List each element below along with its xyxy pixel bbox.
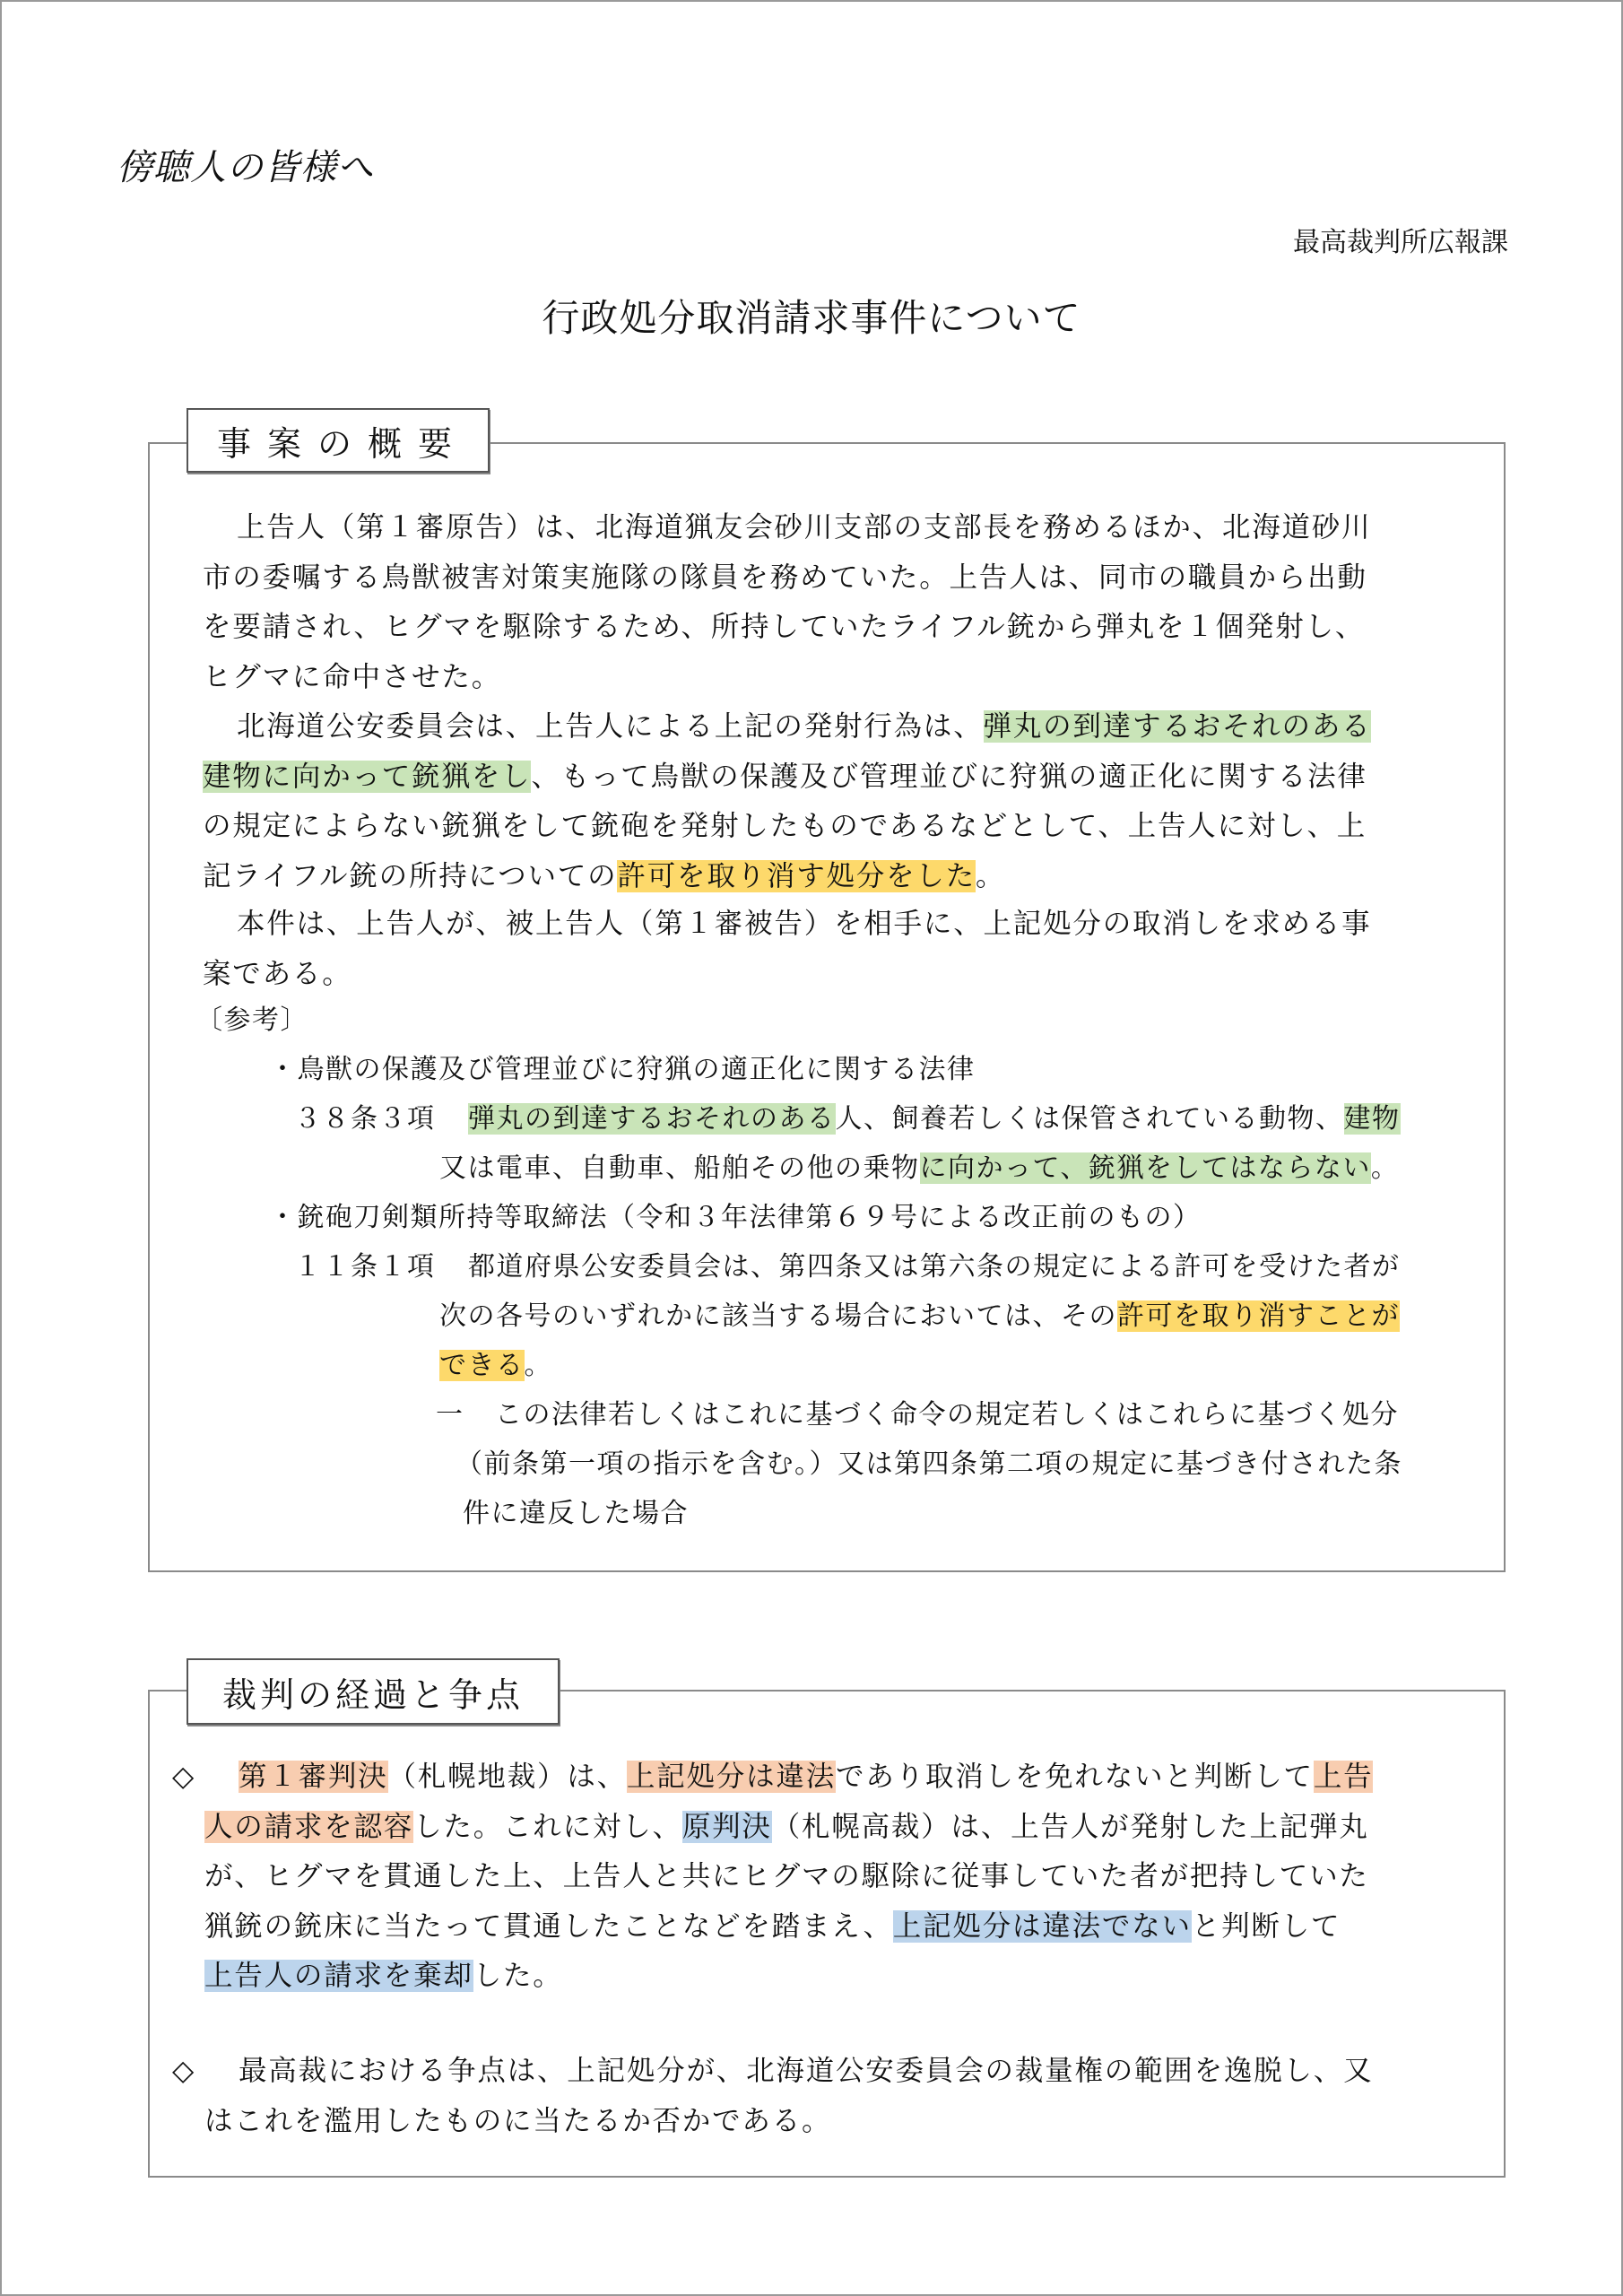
reference-law-title: ・鳥獣の保護及び管理並びに狩猟の適正化に関する法律 [269, 1045, 976, 1095]
text-line: 上告人（第１審原告）は、北海道猟友会砂川支部の支部長を務めるほか、北海道砂川 [203, 503, 1371, 553]
reference-item-text: この法律若しくはこれに基づく命令の規定若しくはこれらに基づく処分 [495, 1390, 1399, 1440]
text: （札幌地裁）は、 [388, 1761, 627, 1793]
summary-paragraph-2: 北海道公安委員会は、上告人による上記の発射行為は、弾丸の到達するおそれのある 建… [203, 702, 1371, 901]
text: 、もって鳥獣の保護及び管理並びに狩猟の適正化に関する法律 [531, 761, 1367, 793]
summary-paragraph-3: 本件は、上告人が、被上告人（第１審被告）を相手に、上記処分の取消しを求める事 案… [203, 900, 1371, 999]
reference-text: 都道府県公安委員会は、第四条又は第六条の規定による許可を受けた者が [468, 1242, 1401, 1292]
reference-text: できる。 [439, 1341, 552, 1391]
highlight-orange: 第１審判決 [239, 1761, 388, 1793]
text-line: 建物に向かって銃猟をし、もって鳥獣の保護及び管理並びに狩猟の適正化に関する法律 [203, 752, 1371, 803]
reference-text: 又は電車、自動車、船舶その他の乗物に向かって、銃猟をしてはならない。 [439, 1144, 1399, 1194]
text-line: はこれを濫用したものに当たるか否かである。 [204, 2097, 1373, 2147]
text-line: 案である。 [203, 950, 1371, 1000]
proceedings-section-label: 裁判の経過と争点 [187, 1658, 560, 1725]
reference-text: 弾丸の到達するおそれのある人、飼養若しくは保管されている動物、建物 [468, 1094, 1401, 1144]
summary-paragraph-1: 上告人（第１審原告）は、北海道猟友会砂川支部の支部長を務めるほか、北海道砂川 市… [203, 503, 1371, 702]
text: と判断して [1192, 1910, 1341, 1943]
text-line: の規定によらない銃猟をして銃砲を発射したものであるなどとして、上告人に対し、上 [203, 802, 1371, 852]
highlight-blue: 上記処分は違法でない [893, 1910, 1192, 1943]
text: 猟銃の銃床に当たって貫通したことなどを踏まえ、 [204, 1910, 893, 1943]
text: （札幌高裁）は、上告人が発射した上記弾丸 [772, 1811, 1369, 1843]
highlight-blue: 上告人の請求を棄却 [204, 1960, 473, 1992]
text-line: 第１審判決（札幌地裁）は、上記処分は違法であり取消しを免れないと判断して上告 [204, 1752, 1373, 1803]
text: 人、飼養若しくは保管されている動物、 [836, 1103, 1344, 1135]
highlight-orange: 人の請求を認容 [204, 1811, 413, 1843]
text: 。 [976, 860, 1005, 892]
issuer: 最高裁判所広報課 [1293, 220, 1508, 259]
reference-law-title: ・銃砲刀剣類所持等取締法（令和３年法律第６９号による改正前のもの） [269, 1193, 1202, 1243]
proceedings-bullet: ◇ [172, 2047, 195, 2097]
text-line: 猟銃の銃床に当たって貫通したことなどを踏まえ、上記処分は違法でないと判断して [204, 1902, 1373, 1952]
text-line: を要請され、ヒグマを駆除するため、所持していたライフル銃から弾丸を１個発射し、 [203, 603, 1371, 653]
greeting: 傍聴人の皆様へ [117, 139, 374, 190]
highlight-yellow: できる [439, 1350, 525, 1381]
text: 次の各号のいずれかに該当する場合においては、その [439, 1300, 1117, 1332]
text: であり取消しを免れないと判断して [836, 1761, 1314, 1793]
text-line: 上告人の請求を棄却した。 [204, 1952, 1373, 2002]
text-line: ヒグマに命中させた。 [203, 653, 1371, 703]
text: した。これに対し、 [413, 1811, 682, 1843]
highlight-green: 建物 [1344, 1103, 1401, 1135]
proceedings-item-1: 第１審判決（札幌地裁）は、上記処分は違法であり取消しを免れないと判断して上告 人… [204, 1752, 1373, 2002]
highlight-orange: 上記処分は違法 [627, 1761, 836, 1793]
reference-article: ３８条３項 [294, 1094, 436, 1144]
text-line: 最高裁における争点は、上記処分が、北海道公安委員会の裁量権の範囲を逸脱し、又 [204, 2047, 1373, 2097]
reference-item-mark: 一 [436, 1390, 464, 1440]
text: 又は電車、自動車、船舶その他の乗物 [439, 1152, 920, 1184]
text: した。 [473, 1960, 563, 1992]
reference-article: １１条１項 [294, 1242, 436, 1292]
text: 北海道公安委員会は、上告人による上記の発射行為は、 [237, 710, 984, 743]
highlight-green: に向かって、銃猟をしてはならない [920, 1152, 1371, 1184]
proceedings-bullet: ◇ [172, 1752, 195, 1803]
text-line: 記ライフル銃の所持についての許可を取り消す処分をした。 [203, 852, 1371, 902]
summary-section-label: 事案の概要 [187, 408, 490, 473]
text-line: 本件は、上告人が、被上告人（第１審被告）を相手に、上記処分の取消しを求める事 [203, 900, 1371, 950]
reference-text: 次の各号のいずれかに該当する場合においては、その許可を取り消すことが [439, 1291, 1400, 1342]
page-title: 行政処分取消請求事件について [0, 289, 1623, 343]
text: 記ライフル銃の所持についての [203, 860, 617, 892]
text-line: 市の委嘱する鳥獣被害対策実施隊の隊員を務めていた。上告人は、同市の職員から出動 [203, 553, 1371, 604]
highlight-green: 弾丸の到達するおそれのある [468, 1103, 836, 1135]
reference-label: 〔参考〕 [195, 996, 308, 1046]
reference-item-text: （前条第一項の指示を含む。）又は第四条第二項の規定に基づき付された条 [456, 1439, 1402, 1490]
text-line: 人の請求を認容した。これに対し、原判決（札幌高裁）は、上告人が発射した上記弾丸 [204, 1803, 1373, 1853]
proceedings-item-2: 最高裁における争点は、上記処分が、北海道公安委員会の裁量権の範囲を逸脱し、又 は… [204, 2047, 1373, 2146]
highlight-blue: 原判決 [682, 1811, 772, 1843]
highlight-green: 建物に向かって銃猟をし [203, 761, 531, 793]
reference-item-text: 件に違反した場合 [463, 1489, 689, 1539]
text-line: 北海道公安委員会は、上告人による上記の発射行為は、弾丸の到達するおそれのある [203, 702, 1371, 752]
text-line: が、ヒグマを貫通した上、上告人と共にヒグマの駆除に従事していた者が把持していた [204, 1852, 1373, 1902]
highlight-orange: 上告 [1314, 1761, 1374, 1793]
text: 。 [1371, 1152, 1400, 1184]
highlight-yellow: 許可を取り消すことが [1117, 1300, 1400, 1332]
highlight-yellow: 許可を取り消す処分をした [617, 860, 976, 892]
highlight-green: 弾丸の到達するおそれのある [984, 710, 1372, 743]
text: 。 [525, 1350, 553, 1381]
